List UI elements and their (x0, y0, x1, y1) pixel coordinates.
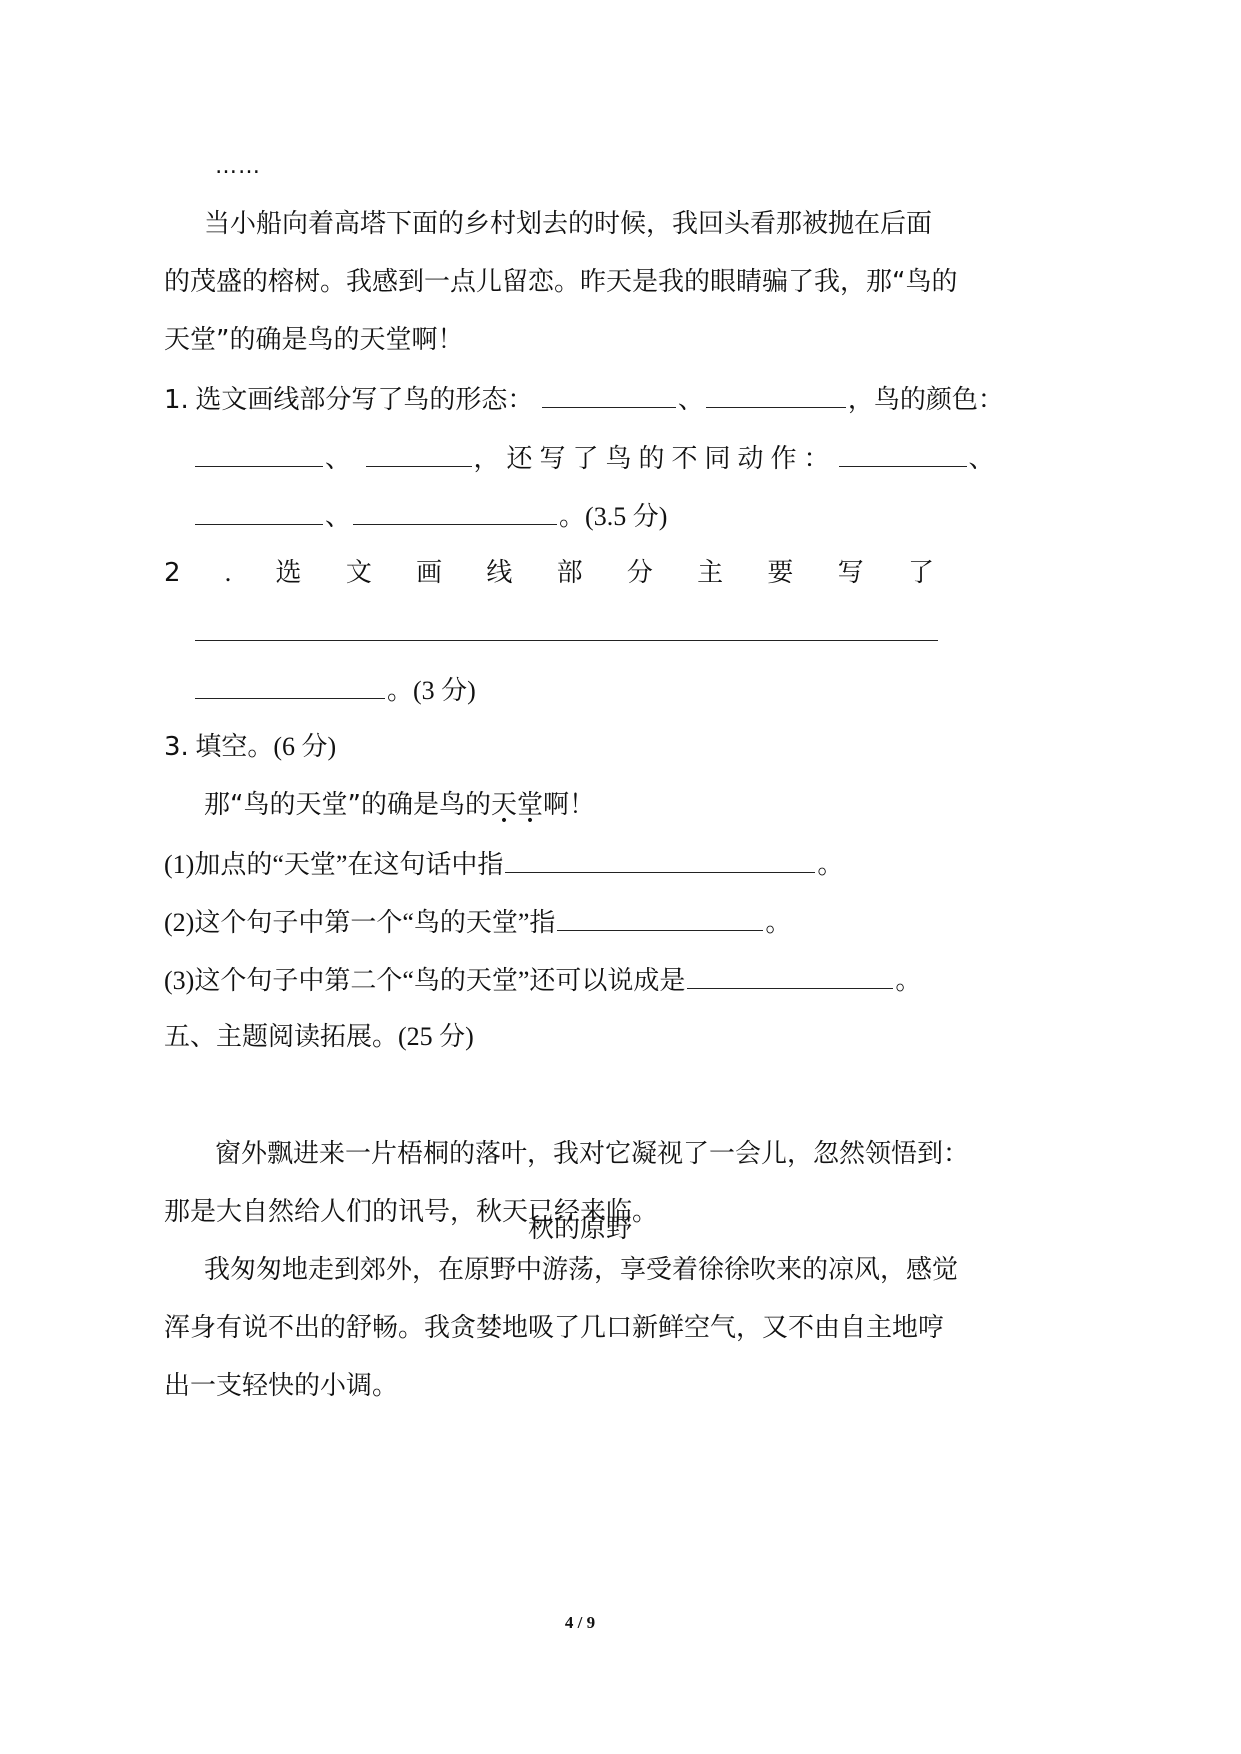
color-label: ，鸟的颜色： (848, 385, 1004, 414)
points: (3.5 分) (585, 502, 667, 531)
question-number: 1. (164, 385, 189, 415)
article-para1-line2: 那是大自然给人们的讯号，秋天已经来临。 (164, 1195, 658, 1229)
separator: 、 (325, 502, 351, 531)
answer-blank-action-1[interactable] (839, 440, 967, 467)
q2-char: 线 (486, 556, 512, 590)
points: (6 分) (273, 732, 336, 761)
end-mark: 。 (765, 908, 791, 937)
answer-blank-shape-2[interactable] (706, 381, 846, 408)
question-2-line-1: 2 . 选 文 画 线 部 分 主 要 写 了 (164, 556, 934, 590)
end-mark: 。 (387, 676, 413, 705)
answer-blank-action-2[interactable] (195, 498, 323, 525)
article-para1-line1: 窗外飘进来一片梧桐的落叶，我对它凝视了一会儿，忽然领悟到： (215, 1137, 969, 1171)
sentence-pre: 那“鸟的天堂”的确是鸟的 (204, 790, 491, 820)
question-1-line-1: 1. 选文画线部分写了鸟的形态： 、，鸟的颜色： (164, 381, 1004, 417)
question-1-line-2: 、 ，还写了鸟的不同动作：、 (193, 440, 998, 476)
passage-line-2: 的茂盛的榕树。我感到一点儿留恋。昨天是我的眼睛骗了我，那“鸟的 (164, 265, 957, 299)
question-number: 2 (164, 556, 181, 590)
q2-char: 画 (416, 556, 442, 590)
answer-blank-action-3[interactable] (353, 498, 557, 525)
points: (25 分) (398, 1022, 474, 1051)
q2-char: 主 (697, 556, 723, 590)
question-3-heading: 3. 填空。(6 分) (164, 730, 336, 764)
q2-char: 写 (838, 556, 864, 590)
q2-char: 部 (557, 556, 583, 590)
question-number: 3. (164, 732, 189, 762)
q2-char: 文 (346, 556, 372, 590)
q2-char: 分 (627, 556, 653, 590)
end-mark: 。 (559, 502, 585, 531)
separator: 、 (678, 385, 704, 414)
q2-char: 了 (908, 556, 934, 590)
points: (3 分) (413, 676, 476, 705)
article-para2-line1: 我匆匆地走到郊外，在原野中游荡，享受着徐徐吹来的凉风，感觉 (204, 1253, 958, 1287)
separator: 、 (325, 444, 354, 473)
question-prompt: 填空。 (195, 732, 273, 761)
sub-question-label: (1)加点的“天堂”在这句话中指 (164, 850, 503, 879)
answer-blank-color-1[interactable] (195, 440, 323, 467)
question-dot: . (225, 556, 232, 590)
question-2-line-3: 。(3 分) (193, 672, 476, 708)
sub-question-label: (3)这个句子中第二个“鸟的天堂”还可以说成是 (164, 966, 685, 995)
answer-blank-sub3[interactable] (687, 962, 893, 989)
ellipsis: …… (215, 150, 261, 184)
question-1-line-3: 、。(3.5 分) (193, 498, 667, 534)
section-title: 五、主题阅读拓展。 (164, 1022, 398, 1052)
sub-question-label: (2)这个句子中第一个“鸟的天堂”指 (164, 908, 555, 937)
question-2-spread: 2 . 选 文 画 线 部 分 主 要 写 了 (164, 556, 934, 590)
answer-blank-q2-long[interactable] (195, 614, 938, 641)
dotted-char: 堂 (517, 788, 543, 822)
sub-question-3: (3)这个句子中第二个“鸟的天堂”还可以说成是。 (164, 962, 921, 998)
answer-blank-q2-short[interactable] (195, 672, 385, 699)
passage-line-3: 天堂”的确是鸟的天堂啊！ (164, 323, 463, 357)
question-prompt: 选文画线部分写了鸟的形态： (195, 385, 533, 414)
page-number: 4 / 9 (0, 1613, 1160, 1633)
end-mark: 。 (895, 966, 921, 995)
sub-question-2: (2)这个句子中第一个“鸟的天堂”指。 (164, 904, 791, 940)
answer-blank-shape-1[interactable] (542, 381, 676, 408)
dotted-char: 天 (491, 788, 517, 822)
sentence-post: 啊！ (543, 790, 595, 820)
separator: 、 (969, 444, 998, 473)
q2-char: 要 (767, 556, 793, 590)
end-mark: 。 (817, 850, 843, 879)
sub-question-1: (1)加点的“天堂”在这句话中指。 (164, 846, 843, 882)
article-para2-line2: 浑身有说不出的舒畅。我贪婪地吸了几口新鲜空气，又不由自主地哼 (164, 1311, 944, 1345)
answer-blank-color-2[interactable] (366, 440, 472, 467)
article-para2-line3: 出一支轻快的小调。 (164, 1369, 398, 1403)
passage-line-1: 当小船向着高塔下面的乡村划去的时候，我回头看那被抛在后面 (204, 207, 932, 241)
answer-blank-sub1[interactable] (505, 846, 815, 873)
quoted-sentence: 那“鸟的天堂”的确是鸟的天堂啊！ (204, 788, 595, 822)
action-label: ，还写了鸟的不同动作： (474, 444, 837, 473)
section-heading: 五、主题阅读拓展。(25 分) (164, 1020, 474, 1054)
answer-blank-sub2[interactable] (557, 904, 763, 931)
q2-char: 选 (276, 556, 302, 590)
